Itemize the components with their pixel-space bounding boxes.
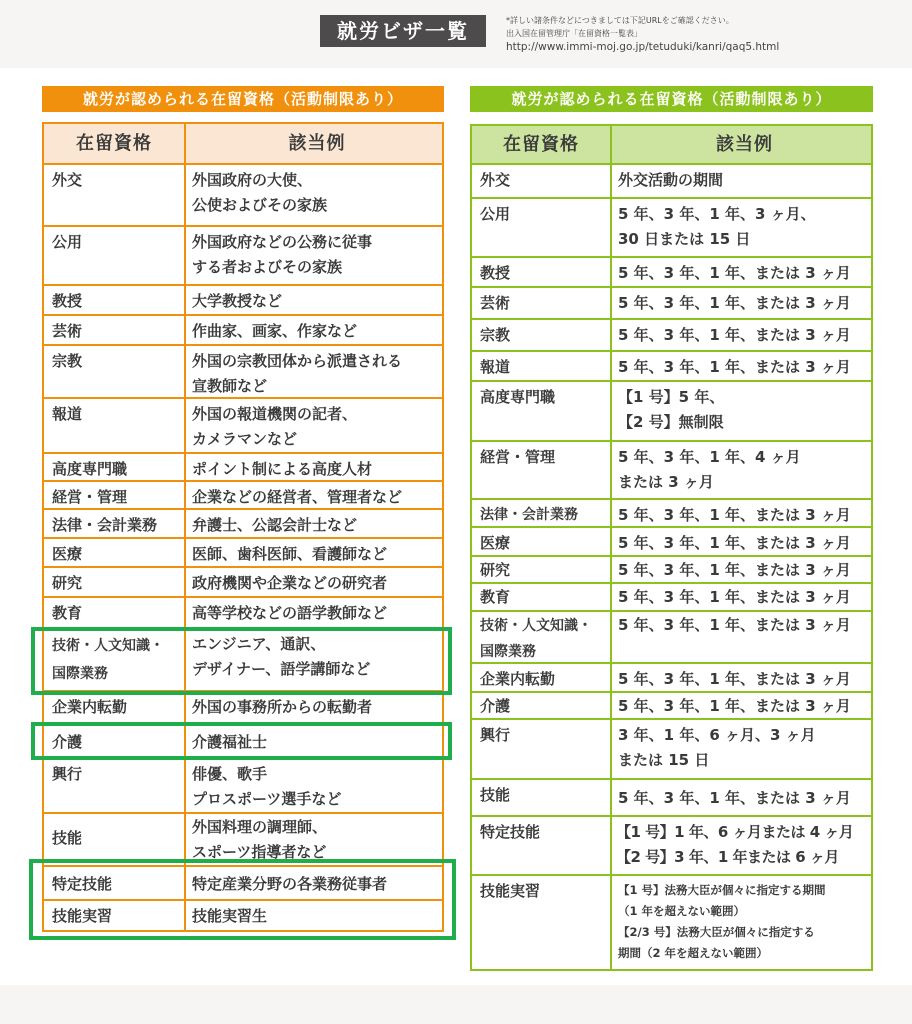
status-cell: 芸術 (44, 316, 186, 344)
example-cell: 俳優、歌手 プロスポーツ選手など (186, 759, 442, 812)
status-cell: 技能 (44, 814, 186, 865)
example-cell: 外国の宗教団体から派遣される 宣教師など (186, 346, 442, 397)
table-row: 高度専門職【1 号】5 年、 【2 号】無制限 (472, 382, 871, 442)
column-header-status: 在留資格 (44, 124, 186, 163)
status-cell: 興行 (44, 759, 186, 812)
example-cell: 高等学校などの語学教師など (186, 598, 442, 627)
page-title: 就労ビザ一覧 (320, 15, 486, 47)
right-table-banner: 就労が認められる在留資格（活動制限あり） (470, 86, 873, 112)
period-cell: 5 年、3 年、1 年、または 3 ヶ月 (612, 352, 871, 380)
status-cell: 宗教 (44, 346, 186, 397)
example-cell: 政府機関や企業などの研究者 (186, 568, 442, 596)
status-cell: 教育 (472, 584, 612, 610)
period-cell: 5 年、3 年、1 年、または 3 ヶ月 (612, 500, 871, 526)
table-row: 報道外国の報道機関の記者、 カメラマンなど (44, 399, 442, 454)
status-cell: 研究 (44, 568, 186, 596)
table-row: 法律・会計業務弁護士、公認会計士など (44, 510, 442, 539)
example-cell: 医師、歯科医師、看護師など (186, 539, 442, 566)
status-cell: 技能実習 (472, 876, 612, 969)
status-cell: 高度専門職 (472, 382, 612, 440)
periods-table: 在留資格 該当例 外交外交活動の期間 公用5 年、3 年、1 年、3 ヶ月、 3… (470, 124, 873, 971)
table-row: 高度専門職ポイント制による高度人材 (44, 454, 442, 482)
status-cell: 芸術 (472, 288, 612, 318)
highlight-frame-gijinkoku (31, 627, 452, 695)
column-header-example: 該当例 (186, 124, 442, 163)
table-row: 特定技能【1 号】1 年、6 ヶ月または 4 ヶ月 【2 号】3 年、1 年また… (472, 817, 871, 876)
period-cell: 5 年、3 年、1 年、または 3 ヶ月 (612, 557, 871, 582)
status-cell: 研究 (472, 557, 612, 582)
status-cell: 報道 (44, 399, 186, 452)
table-row: 介護5 年、3 年、1 年、または 3 ヶ月 (472, 693, 871, 720)
table-row: 芸術5 年、3 年、1 年、または 3 ヶ月 (472, 288, 871, 320)
table-row: 外交外国政府の大使、 公使およびその家族 (44, 165, 442, 227)
period-cell: 5 年、3 年、1 年、または 3 ヶ月 (612, 612, 871, 662)
example-cell: 外国の事務所からの転勤者 (186, 692, 442, 722)
table-row: 興行俳優、歌手 プロスポーツ選手など (44, 759, 442, 814)
table-row: 教育高等学校などの語学教師など (44, 598, 442, 629)
status-cell: 技術・人文知識・ 国際業務 (472, 612, 612, 662)
table-row: 公用5 年、3 年、1 年、3 ヶ月、 30 日または 15 日 (472, 199, 871, 258)
table-row: 宗教5 年、3 年、1 年、または 3 ヶ月 (472, 320, 871, 352)
status-cell: 宗教 (472, 320, 612, 350)
period-cell: 5 年、3 年、1 年、または 3 ヶ月 (612, 288, 871, 318)
period-cell: 【1 号】1 年、6 ヶ月または 4 ヶ月 【2 号】3 年、1 年または 6 … (612, 817, 871, 874)
status-cell: 企業内転勤 (472, 664, 612, 691)
table-row: 研究5 年、3 年、1 年、または 3 ヶ月 (472, 557, 871, 584)
table-row: 技能実習【1 号】法務大臣が個々に指定する期間 （1 年を超えない範囲） 【2/… (472, 876, 871, 969)
period-cell: 5 年、3 年、1 年、4 ヶ月 または 3 ヶ月 (612, 442, 871, 498)
table-row: 芸術作曲家、画家、作家など (44, 316, 442, 346)
status-cell: 教育 (44, 598, 186, 627)
column-header-period: 該当例 (612, 126, 871, 163)
period-cell: 5 年、3 年、1 年、3 ヶ月、 30 日または 15 日 (612, 199, 871, 256)
status-cell: 公用 (472, 199, 612, 256)
period-cell: 5 年、3 年、1 年、または 3 ヶ月 (612, 528, 871, 555)
reference-note: *詳しい諸条件などにつきましては下記URLをご確認ください。 出入国在留管理庁「… (506, 14, 779, 54)
status-cell: 法律・会計業務 (472, 500, 612, 526)
table-row: 技能5 年、3 年、1 年、または 3 ヶ月 (472, 780, 871, 817)
status-cell: 報道 (472, 352, 612, 380)
status-cell: 教授 (44, 286, 186, 314)
period-cell: 5 年、3 年、1 年、または 3 ヶ月 (612, 664, 871, 691)
status-cell: 特定技能 (472, 817, 612, 874)
table-row: 研究政府機関や企業などの研究者 (44, 568, 442, 598)
table-row: 医療医師、歯科医師、看護師など (44, 539, 442, 568)
example-cell: 弁護士、公認会計士など (186, 510, 442, 537)
left-table-banner: 就労が認められる在留資格（活動制限あり） (42, 86, 444, 112)
reference-url[interactable]: http://www.immi-moj.go.jp/tetuduki/kanri… (506, 41, 779, 54)
note-line-2: 出入国在留管理庁「在留資格一覧表」 (506, 27, 779, 40)
table-row: 企業内転勤5 年、3 年、1 年、または 3 ヶ月 (472, 664, 871, 693)
examples-table: 在留資格 該当例 外交外国政府の大使、 公使およびその家族 公用外国政府などの公… (42, 122, 444, 932)
period-cell: 5 年、3 年、1 年、または 3 ヶ月 (612, 320, 871, 350)
status-cell: 外交 (44, 165, 186, 225)
status-cell: 公用 (44, 227, 186, 284)
period-cell: 3 年、1 年、6 ヶ月、3 ヶ月 または 15 日 (612, 720, 871, 778)
example-cell: 作曲家、画家、作家など (186, 316, 442, 344)
example-cell: 外国政府の大使、 公使およびその家族 (186, 165, 442, 225)
table-row: 公用外国政府などの公務に従事 する者およびその家族 (44, 227, 442, 286)
status-cell: 介護 (472, 693, 612, 718)
header-bar: 就労ビザ一覧 *詳しい諸条件などにつきましては下記URLをご確認ください。 出入… (0, 0, 912, 68)
status-cell: 高度専門職 (44, 454, 186, 480)
table-row: 技術・人文知識・ 国際業務5 年、3 年、1 年、または 3 ヶ月 (472, 612, 871, 664)
table-row: 法律・会計業務5 年、3 年、1 年、または 3 ヶ月 (472, 500, 871, 528)
period-cell: 5 年、3 年、1 年、または 3 ヶ月 (612, 584, 871, 610)
period-cell: 5 年、3 年、1 年、または 3 ヶ月 (612, 258, 871, 286)
table-row: 教授5 年、3 年、1 年、または 3 ヶ月 (472, 258, 871, 288)
table-row: 報道5 年、3 年、1 年、または 3 ヶ月 (472, 352, 871, 382)
table-row: 医療5 年、3 年、1 年、または 3 ヶ月 (472, 528, 871, 557)
table-row: 教育5 年、3 年、1 年、または 3 ヶ月 (472, 584, 871, 612)
period-cell: 【1 号】5 年、 【2 号】無制限 (612, 382, 871, 440)
table-row: 経営・管理企業などの経営者、管理者など (44, 482, 442, 510)
column-header-status: 在留資格 (472, 126, 612, 163)
highlight-frame-tokutei-ginou (29, 859, 456, 940)
table-row: 外交外交活動の期間 (472, 165, 871, 199)
period-cell: 5 年、3 年、1 年、または 3 ヶ月 (612, 693, 871, 718)
example-cell: 外国政府などの公務に従事 する者およびその家族 (186, 227, 442, 284)
highlight-frame-kaigo (31, 722, 452, 760)
example-cell: 外国の報道機関の記者、 カメラマンなど (186, 399, 442, 452)
example-cell: 大学教授など (186, 286, 442, 314)
table-row: 教授大学教授など (44, 286, 442, 316)
example-cell: 企業などの経営者、管理者など (186, 482, 442, 508)
status-cell: 経営・管理 (472, 442, 612, 498)
example-cell: ポイント制による高度人材 (186, 454, 442, 480)
table-header: 在留資格 該当例 (44, 124, 442, 165)
status-cell: 興行 (472, 720, 612, 778)
period-cell: 5 年、3 年、1 年、または 3 ヶ月 (612, 780, 871, 815)
status-cell: 教授 (472, 258, 612, 286)
table-header: 在留資格 該当例 (472, 126, 871, 165)
status-cell: 経営・管理 (44, 482, 186, 508)
footer-bar (0, 985, 912, 1024)
status-cell: 企業内転勤 (44, 692, 186, 722)
status-cell: 医療 (44, 539, 186, 566)
note-line-1: *詳しい諸条件などにつきましては下記URLをご確認ください。 (506, 14, 779, 27)
table-row: 経営・管理5 年、3 年、1 年、4 ヶ月 または 3 ヶ月 (472, 442, 871, 500)
status-cell: 外交 (472, 165, 612, 197)
period-cell: 外交活動の期間 (612, 165, 871, 197)
status-cell: 法律・会計業務 (44, 510, 186, 537)
table-row: 興行3 年、1 年、6 ヶ月、3 ヶ月 または 15 日 (472, 720, 871, 780)
status-cell: 技能 (472, 780, 612, 815)
example-cell: 外国料理の調理師、 スポーツ指導者など (186, 814, 442, 865)
period-cell: 【1 号】法務大臣が個々に指定する期間 （1 年を超えない範囲） 【2/3 号】… (612, 876, 871, 969)
table-row: 宗教外国の宗教団体から派遣される 宣教師など (44, 346, 442, 399)
status-cell: 医療 (472, 528, 612, 555)
table-row: 企業内転勤外国の事務所からの転勤者 (44, 692, 442, 724)
